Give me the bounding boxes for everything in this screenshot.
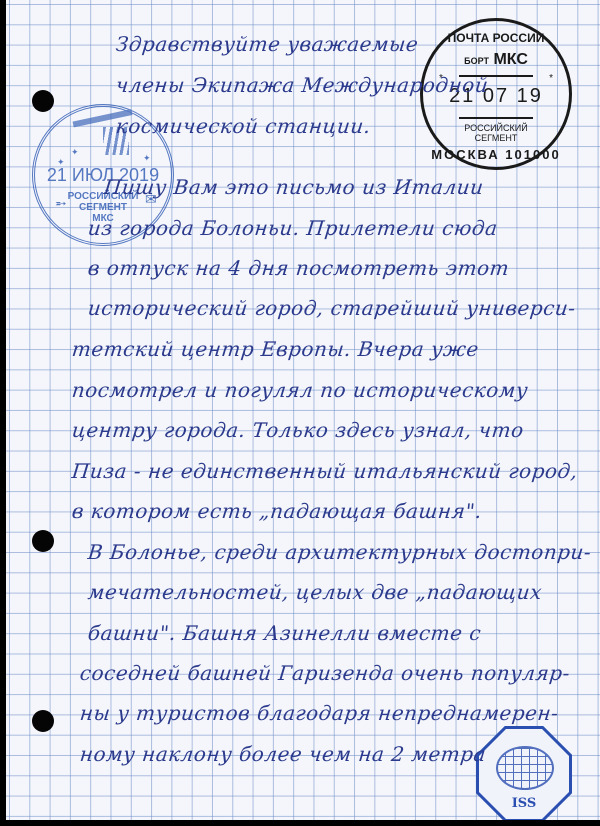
star-icon: ✦ (71, 147, 79, 158)
letter-line: В Болонье, среди архитектурных достопри- (87, 540, 593, 564)
letter-line: Здравствуйте уважаемые (115, 32, 420, 56)
letter-line: башни". Башня Азинелли вместе с (87, 621, 483, 645)
letter-line: в котором есть „падающая башня". (71, 499, 484, 523)
letter-line: центру города. Только здесь узнал, что (71, 418, 525, 442)
punch-hole (32, 530, 54, 552)
letter-line: Пиза - не единственный итальянский город… (71, 459, 579, 483)
iss-octagonal-stamp: ISS (476, 726, 572, 820)
letter-line: Пишу Вам это письмо из Италии (103, 175, 485, 199)
letter-line: посмотрел и погулял по историческому (71, 378, 530, 402)
letter-line: ны у туристов благодаря непреднамерен- (79, 701, 560, 725)
letter-line: исторический город, старейший универси- (87, 296, 577, 320)
letter-line: ному наклону более чем на 2 метра (79, 742, 488, 766)
letter-line: члены Экипажа Международной (115, 73, 490, 97)
postmark-segment: РОССИЙСКИЙ СЕГМЕНТ (423, 123, 569, 143)
letter-line: в отпуск на 4 дня посмотреть этот (87, 256, 511, 280)
punch-hole (32, 710, 54, 732)
divider (459, 117, 533, 119)
graph-paper-sheet: ✦ ✦ ✦ 21 ИЮЛ 2019 РОССИЙСКИЙ СЕГМЕНТ МКС… (6, 0, 600, 820)
postmark-top-text: ПОЧТА РОССИИ (423, 31, 569, 45)
punch-hole (32, 90, 54, 112)
postmark-board: БОРТ МКС (423, 51, 569, 69)
star-icon: * (549, 73, 553, 84)
letter-line: соседней башней Гаризенда очень популяр- (79, 661, 571, 685)
iss-label: ISS (476, 796, 572, 811)
globe-icon (496, 746, 554, 790)
letter-line: мечательностей, целых две „падающих (87, 580, 544, 604)
star-icon: ✦ (143, 153, 151, 164)
letter-line: из города Болоньи. Прилетели сюда (87, 216, 499, 240)
letter-line: космической станции. (115, 114, 372, 138)
letter-line: тетский центр Европы. Вчера уже (71, 337, 480, 361)
postmark-city: МОСКВА 101000 (423, 147, 569, 162)
